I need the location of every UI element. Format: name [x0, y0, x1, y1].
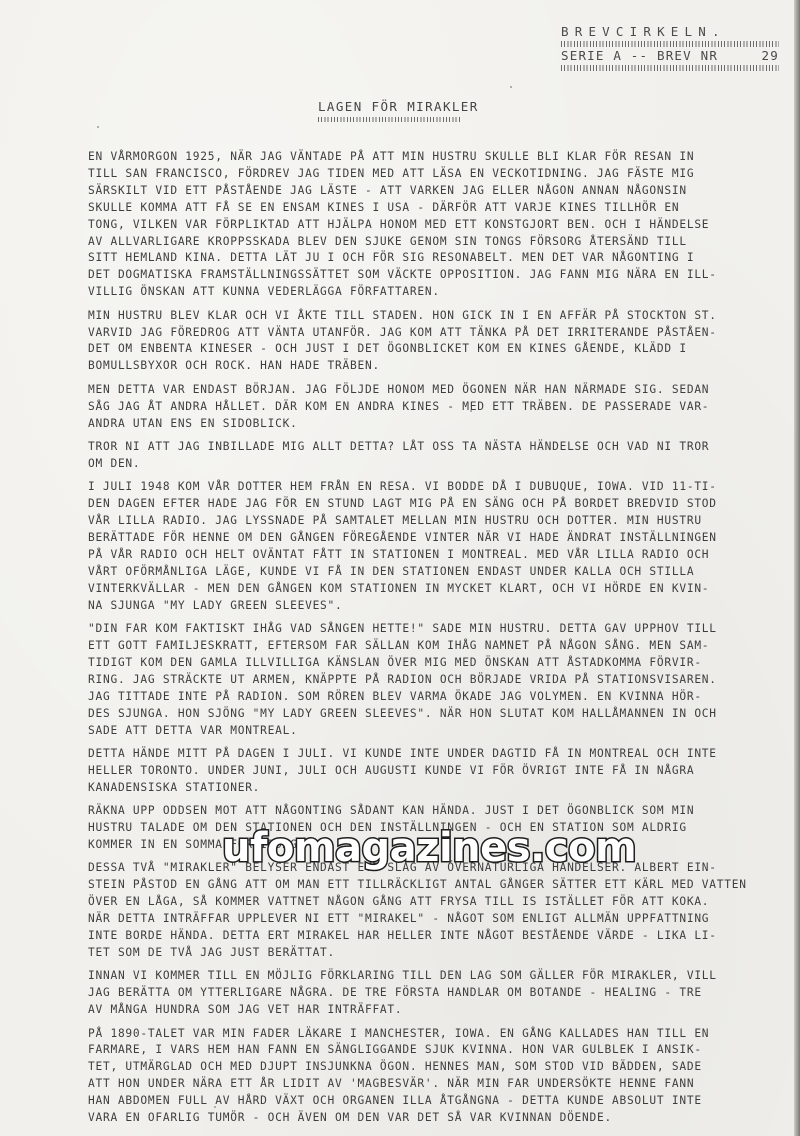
paragraph: Innan vi kommer till en möjlig förklarin… — [88, 968, 778, 1019]
paragraph: Dessa två "mirakler" belyser endast ett … — [88, 860, 778, 961]
series-label: SERIE A -- BREV NR — [561, 48, 718, 64]
series-line: SERIE A -- BREV NR 29 — [561, 48, 779, 64]
paper-speck — [510, 86, 512, 88]
title-block: LAGEN FÖR MIRAKLER — [318, 100, 479, 122]
document-title: LAGEN FÖR MIRAKLER — [318, 100, 479, 114]
paragraph: Men detta var endast början. Jag följde … — [88, 382, 778, 433]
paragraph: En vårmorgon 1925, när jag väntade på at… — [88, 149, 778, 301]
paragraph: Tror ni att jag inbillade mig allt detta… — [88, 439, 778, 473]
paper-speck — [97, 126, 99, 128]
title-underline — [318, 117, 462, 122]
paper-speck — [470, 410, 472, 412]
paragraph: "Din far kom faktiskt ihåg vad sången he… — [88, 621, 778, 739]
document-body: En vårmorgon 1925, när jag väntade på at… — [88, 149, 778, 1133]
paragraph: Min hustru blev klar och vi åkte till st… — [88, 308, 778, 376]
header-rule-bottom — [561, 65, 779, 71]
paragraph: Detta hände mitt på dagen i juli. Vi kun… — [88, 746, 778, 797]
page-edge-shadow — [794, 0, 800, 1136]
paragraph: På 1890-talet var min fader läkare i Man… — [88, 1026, 778, 1127]
watermark: ufomagazines.com — [222, 826, 636, 870]
header-rule — [561, 41, 779, 47]
letter-number: 29 — [762, 48, 779, 64]
publication-name: BREVCIRKELN. — [561, 24, 781, 40]
scanned-page: BREVCIRKELN. SERIE A -- BREV NR 29 LAGEN… — [0, 0, 794, 1136]
paper-speck — [214, 1106, 216, 1108]
paragraph: I juli 1948 kom vår dotter hem från en r… — [88, 479, 778, 614]
newsletter-header: BREVCIRKELN. SERIE A -- BREV NR 29 — [561, 24, 781, 72]
